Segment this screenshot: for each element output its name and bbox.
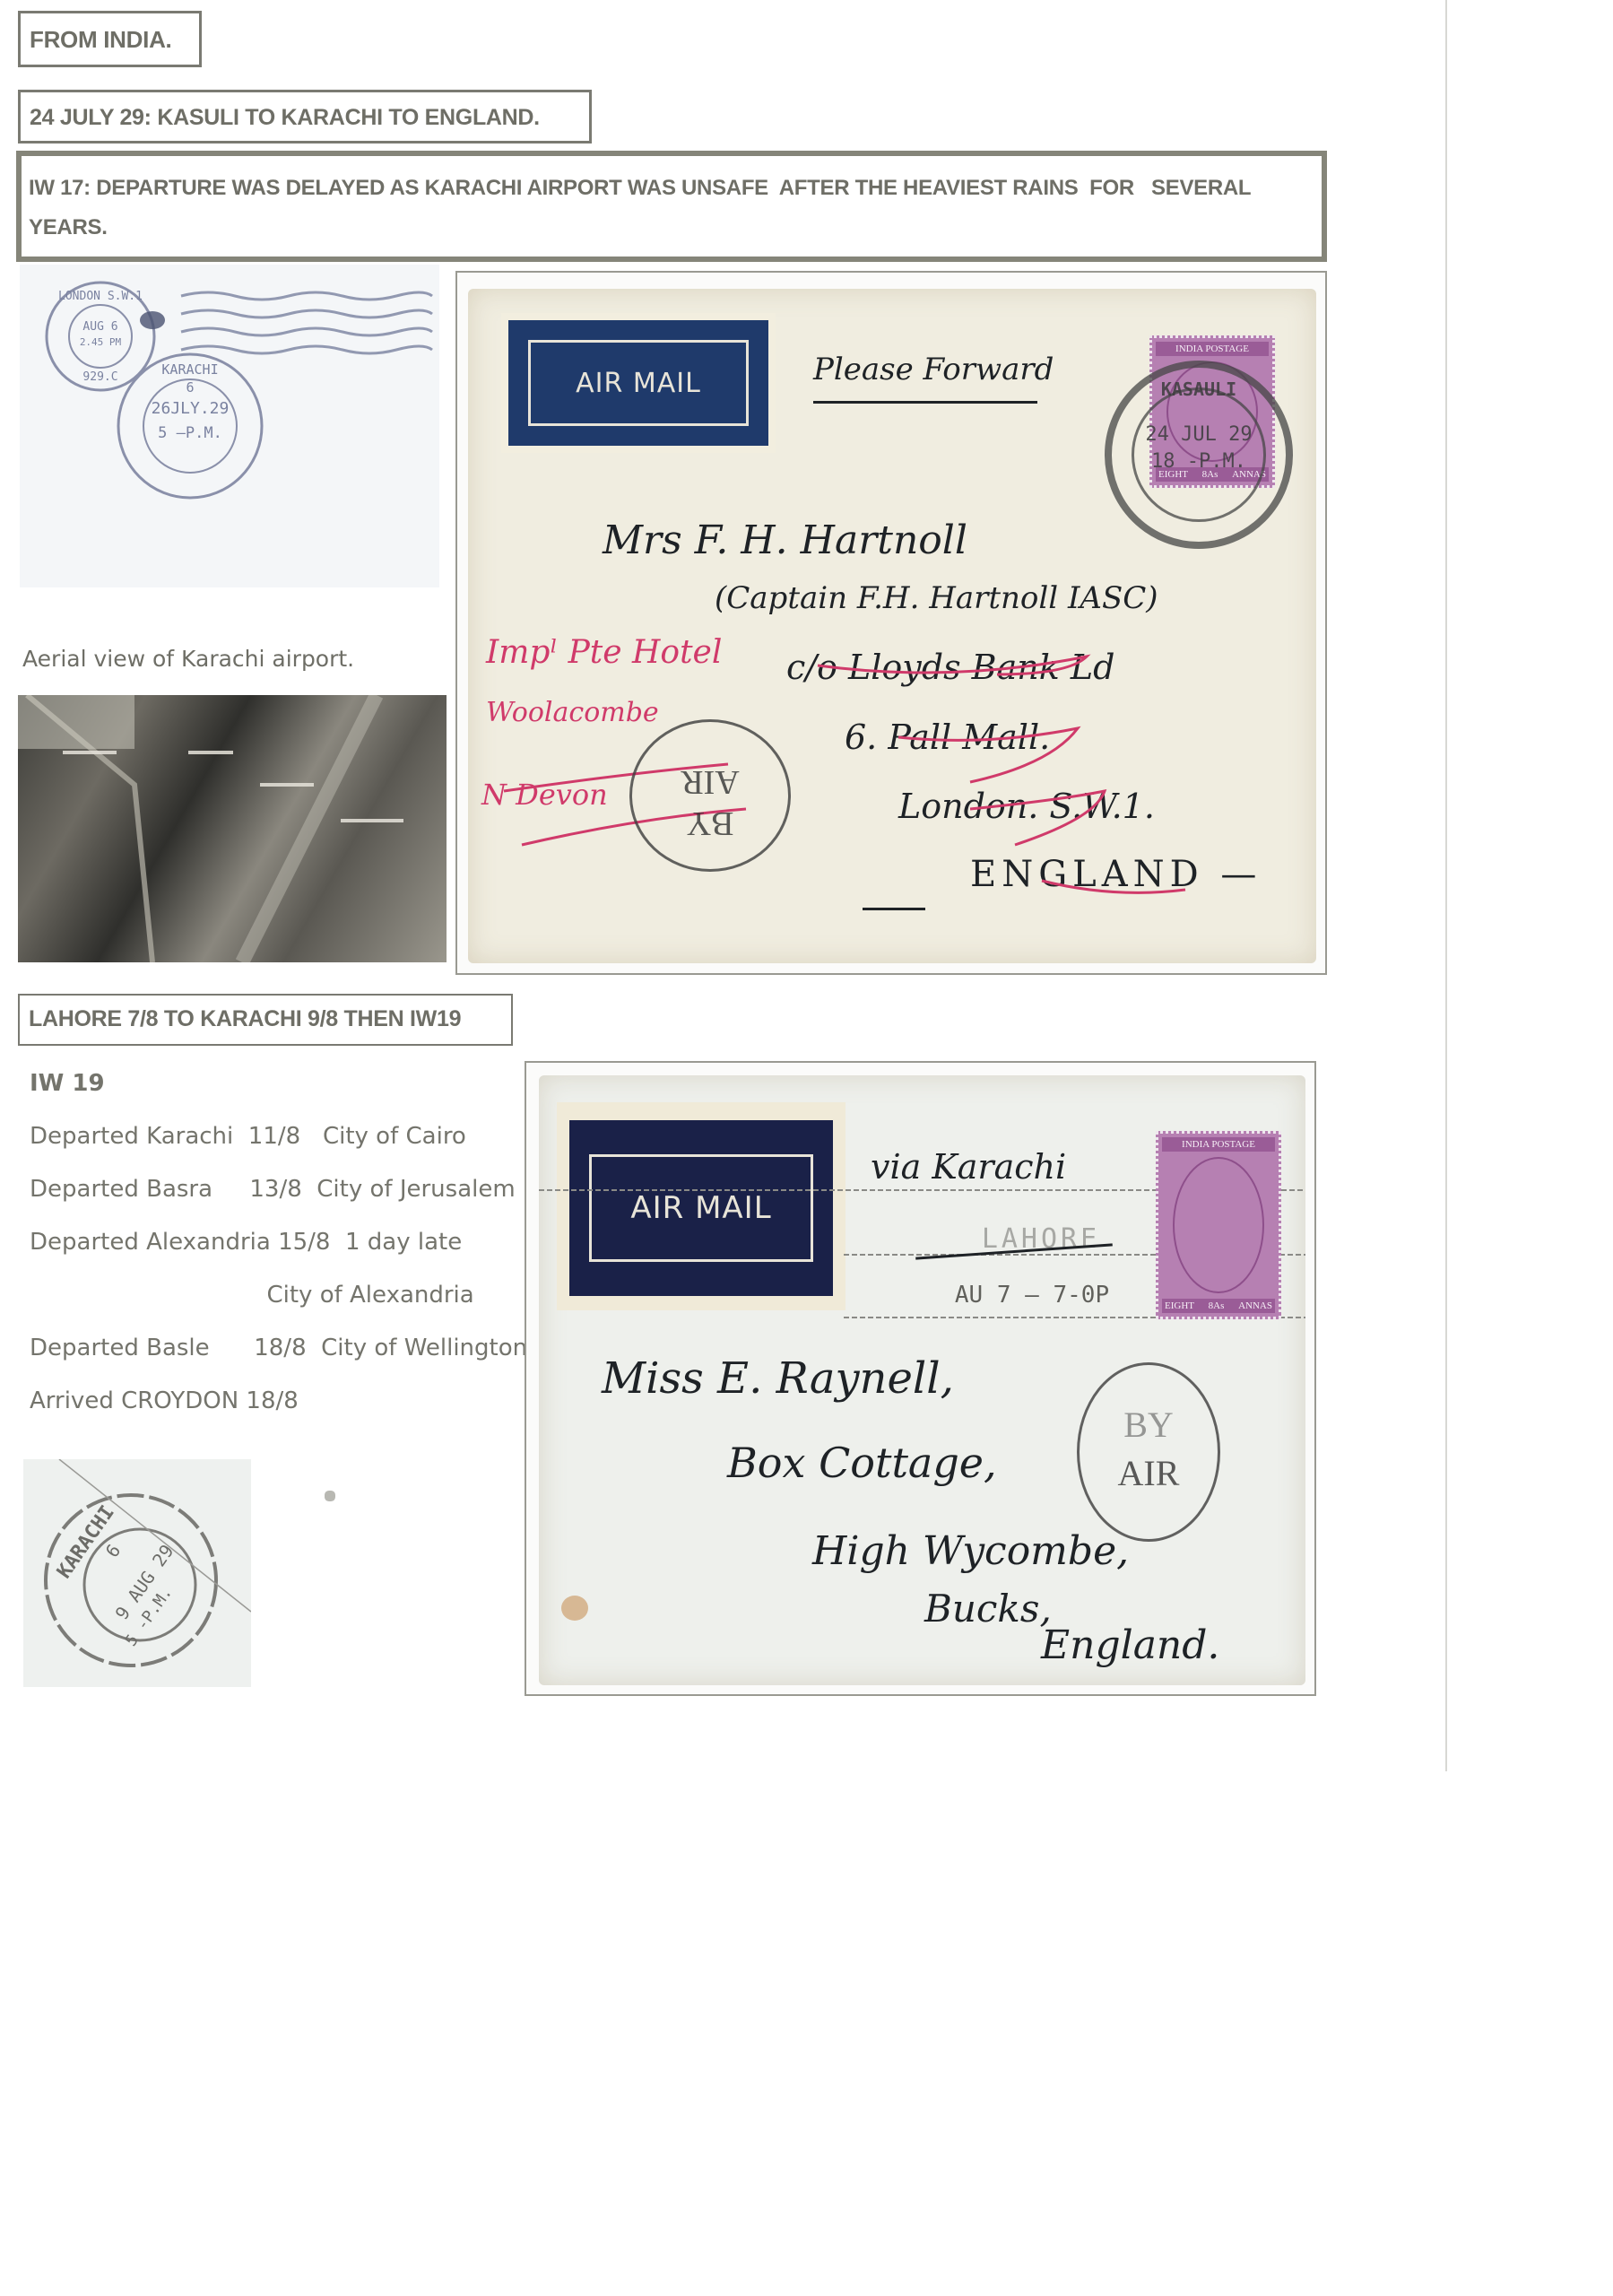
cover1-frame: AIR MAIL Please Forward INDIA POSTAGE EI… [455, 271, 1327, 975]
cover1-redirect-line3: N Devon [481, 778, 608, 812]
cover2-address-line4: Bucks, [924, 1587, 1052, 1631]
cover1-instruction-underline [813, 401, 1037, 404]
aerial-photo-karachi-airport [18, 695, 447, 962]
cover2-rust-stain [561, 1596, 588, 1621]
cover1-address-line1: Mrs F. H. Hartnoll [603, 517, 967, 563]
page-edge-line [1445, 0, 1447, 1771]
route2-heading: LAHORE 7/8 TO KARACHI 9/8 THEN IW19 [29, 1006, 511, 1032]
karachi-postmark-num: 6 [172, 379, 208, 396]
cover1-redirect-line1: Impˡ Pte Hotel [486, 634, 722, 671]
cover2-stamp: INDIA POSTAGE EIGHT 8As ANNAS [1156, 1131, 1281, 1319]
stray-mark [325, 1491, 335, 1501]
cover2-stamp-top: INDIA POSTAGE [1162, 1137, 1275, 1152]
cover1-envelope[interactable]: AIR MAIL Please Forward INDIA POSTAGE EI… [468, 289, 1316, 963]
cover1-airmail-text: AIR MAIL [576, 368, 701, 399]
cover1-address-line5: London. S.W.1. [898, 787, 1155, 826]
cover2-by-air-handstamp: BY AIR [1077, 1362, 1220, 1542]
aerial-photo-detail [18, 695, 447, 962]
karachi-postmark-time: 5 —P.M. [141, 424, 239, 442]
cover1-instruction: Please Forward [813, 352, 1054, 387]
iw19-line-3: Departed Alexandria 15/8 1 day late [30, 1229, 462, 1256]
cover2-address-line2: Box Cottage, [727, 1439, 997, 1487]
iw19-line-5: Departed Basle 18/8 City of Wellington [30, 1335, 527, 1361]
route2-heading-box: LAHORE 7/8 TO KARACHI 9/8 THEN IW19 [18, 994, 513, 1046]
cover1-postmark-date: 24 JUL 29 [1136, 423, 1262, 446]
cover2-cancel-date: AU 7 — 7-0P [942, 1282, 1122, 1309]
cover1-postmark-time: 18 -P.M. [1136, 450, 1262, 473]
cover2-stamp-portrait-oval [1173, 1157, 1264, 1293]
iw17-note-line2: YEARS. [29, 208, 1322, 248]
cover1-postmark-town: KASAULI [1145, 378, 1253, 400]
cover1-address-line3: c/o Lloyds Bank Ld [786, 648, 1114, 687]
cover1-by-air-handstamp: BY AIR [629, 719, 791, 872]
karachi-postmark-date: 26JLY.29 [141, 399, 239, 418]
cover2-address-line1: Miss E. Raynell, [602, 1353, 954, 1404]
section-heading: FROM INDIA. [30, 26, 199, 54]
karachi-postmark-ring: KARACHI [145, 361, 235, 378]
cover1-address-line6: ENGLAND — [970, 854, 1262, 895]
cover1-redirect-line2: Woolacombe [486, 697, 659, 728]
iw19-title: IW 19 [30, 1070, 105, 1097]
cover1-airmail-label-inner: AIR MAIL [528, 340, 749, 426]
backstamp-image-london-karachi: LONDON S.W.1 AUG 6 2.45 PM 929.C KARACHI… [20, 265, 439, 587]
route1-heading: 24 JULY 29: KASULI TO KARACHI TO ENGLAND… [30, 105, 589, 131]
cover1-stamp-top: INDIA POSTAGE [1156, 342, 1269, 356]
iw17-note-line1: IW 17: DEPARTURE WAS DELAYED AS KARACHI … [29, 169, 1322, 208]
cover1-airmail-label: AIR MAIL [508, 320, 768, 446]
aerial-photo-caption: Aerial view of Karachi airport. [22, 646, 354, 672]
cover1-address-line4: 6. Pall Mall. [845, 717, 1050, 757]
backstamp-image-karachi: KARACHI 6 9 AUG 29 5 -P.M. [23, 1459, 251, 1687]
cover1-dash [863, 908, 925, 910]
iw19-line-1: Departed Karachi 11/8 City of Cairo [30, 1123, 466, 1150]
london-postmark-date: AUG 6 [69, 320, 132, 334]
cover2-address-line3: High Wycombe, [812, 1528, 1129, 1574]
route1-heading-box: 24 JULY 29: KASULI TO KARACHI TO ENGLAND… [18, 90, 592, 143]
london-postmark-ring: LONDON S.W.1 [56, 290, 145, 303]
london-postmark-code: 929.C [69, 370, 132, 384]
iw19-line-4: City of Alexandria [30, 1282, 474, 1309]
cover1-address-line2: (Captain F.H. Hartnoll IASC) [715, 580, 1158, 616]
cover2-frame: AIR MAIL LAHORE AU 7 — 7-0P via Karachi … [525, 1061, 1316, 1696]
cover2-stamp-bottom: EIGHT 8As ANNAS [1162, 1299, 1275, 1313]
cover2-address-line5: England. [1041, 1622, 1219, 1668]
iw19-line-6: Arrived CROYDON 18/8 [30, 1387, 299, 1414]
cover2-instruction: via Karachi [871, 1147, 1066, 1187]
section-heading-box: FROM INDIA. [18, 11, 202, 67]
london-postmark-time: 2.45 PM [69, 336, 132, 348]
cover2-envelope[interactable]: AIR MAIL LAHORE AU 7 — 7-0P via Karachi … [539, 1075, 1305, 1685]
iw17-note-box: IW 17: DEPARTURE WAS DELAYED AS KARACHI … [16, 151, 1327, 262]
iw19-line-2: Departed Basra 13/8 City of Jerusalem [30, 1176, 516, 1203]
